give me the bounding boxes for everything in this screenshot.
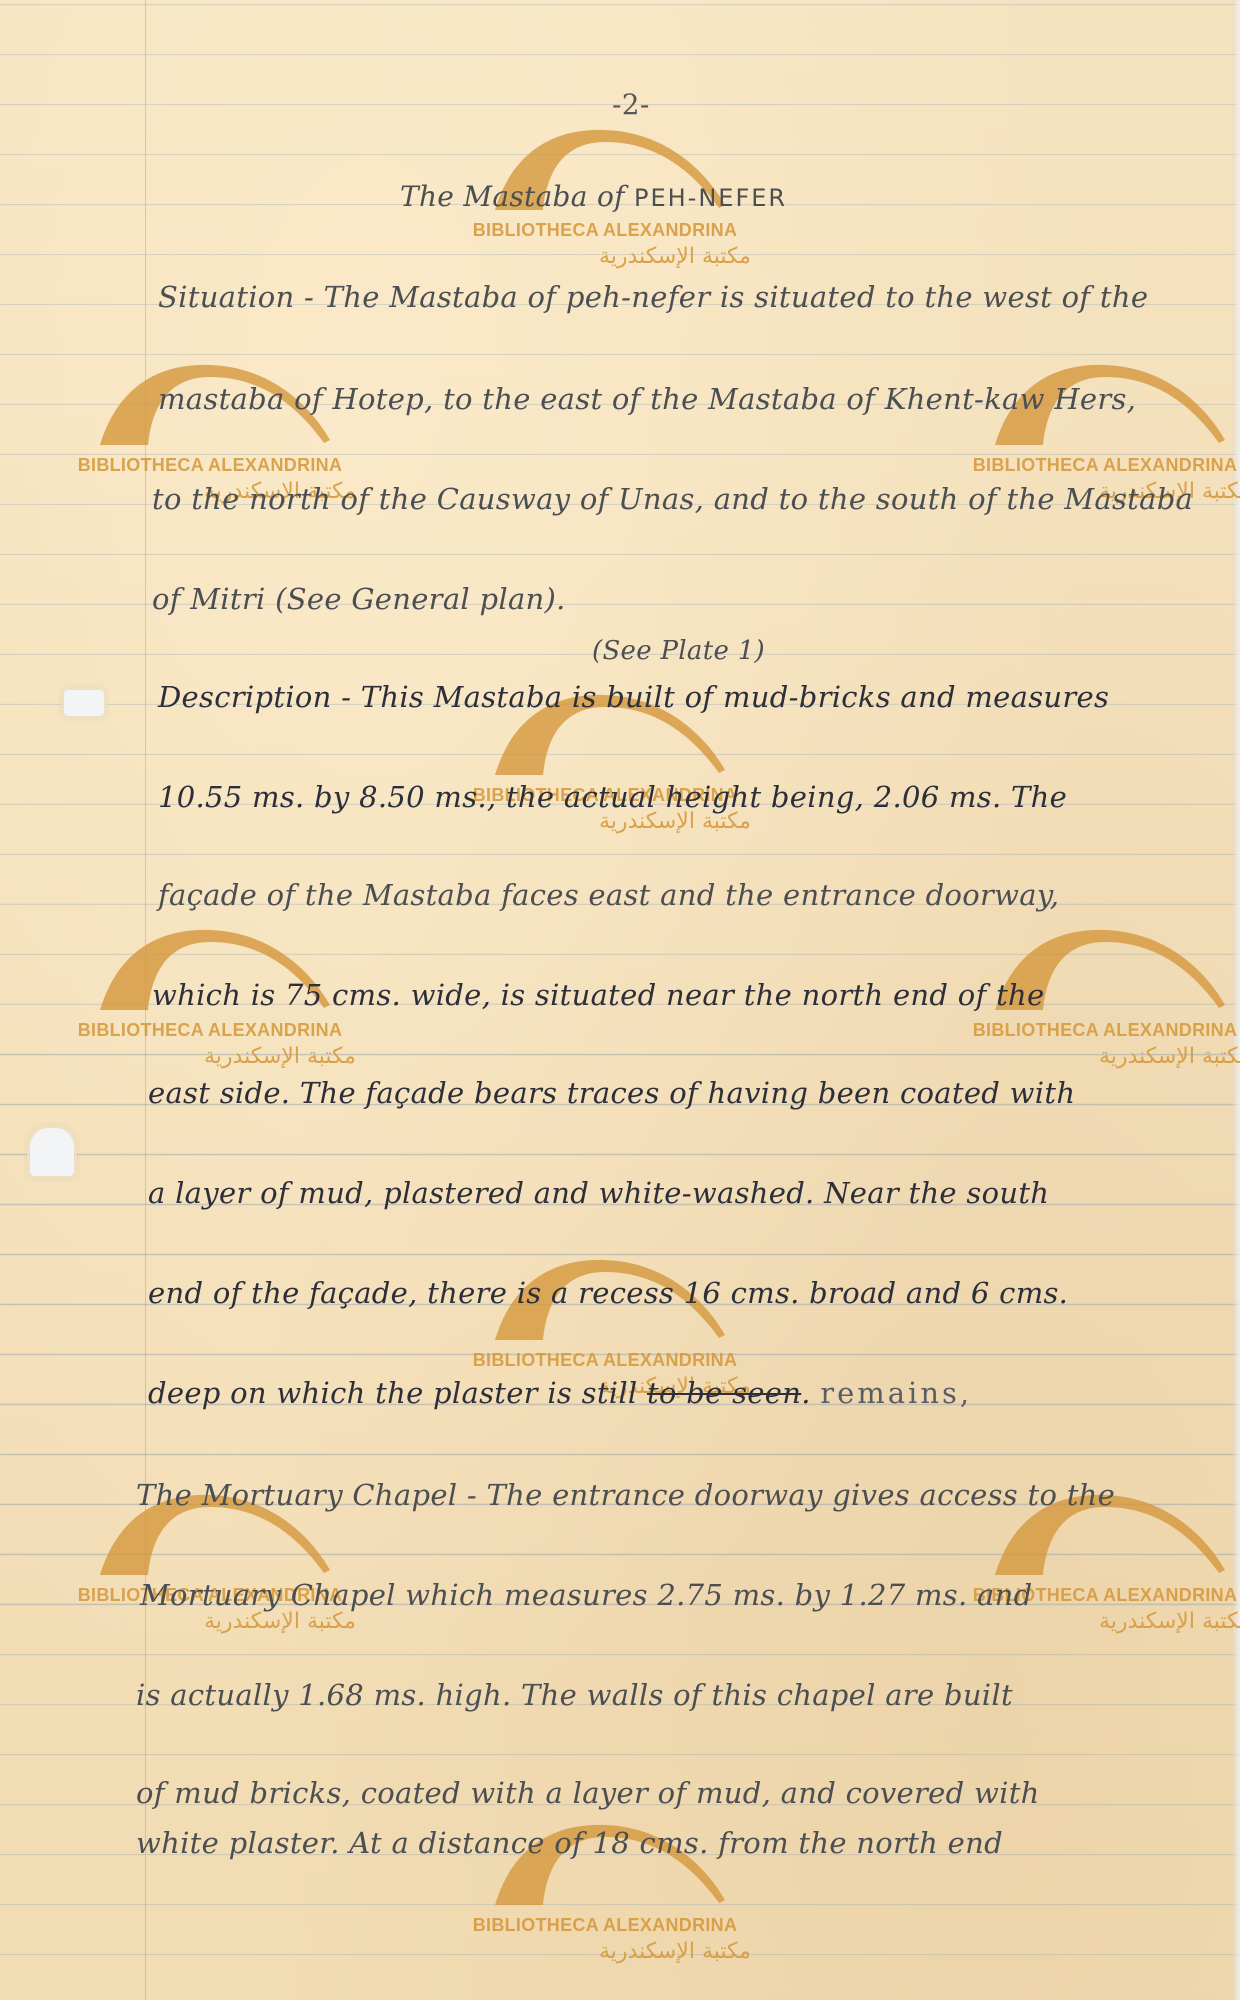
text-line: of Mitri (See General plan). [152,582,566,616]
text-line: end of the façade, there is a recess 16 … [148,1276,1068,1310]
page-number: -2- [612,88,650,121]
text-line: The Mortuary Chapel - The entrance doorw… [136,1478,1115,1512]
text-line: white plaster. At a distance of 18 cms. … [136,1826,1003,1860]
text-line: to the north of the Causway of Unas, and… [152,482,1193,516]
text-line: a layer of mud, plastered and white-wash… [148,1176,1049,1210]
text-line-corrected: deep on which the plaster is still to be… [148,1376,972,1410]
text-line: which is 75 cms. wide, is situated near … [152,978,1044,1012]
text-line: Description - This Mastaba is built of m… [158,680,1109,714]
text-line: 10.55 ms. by 8.50 ms., the actual height… [158,780,1067,814]
text-line: of mud bricks, coated with a layer of mu… [136,1776,1040,1810]
manuscript-page: BIBLIOTHECA ALEXANDRINAمكتبة الإسكندريةB… [0,0,1240,2000]
text-segment: deep on which the plaster is still [148,1376,647,1410]
text-line: Mortuary Chapel which measures 2.75 ms. … [140,1578,1032,1612]
text-line: east side. The façade bears traces of ha… [148,1076,1075,1110]
struck-text: to be seen [647,1376,801,1410]
text-line: Situation - The Mastaba of peh-nefer is … [158,280,1148,314]
document-title: The Mastaba of PEH-NEFER [400,180,787,213]
text-line: mastaba of Hotep, to the east of the Mas… [158,382,1136,416]
page-edge [1232,0,1240,2000]
text-segment: . [801,1376,820,1410]
text-line: façade of the Mastaba faces east and the… [158,878,1059,912]
inserted-correction: remains, [820,1376,972,1410]
plate-note: (See Plate 1) [592,636,765,666]
punch-hole [30,1128,74,1176]
title-name: PEH-NEFER [634,184,787,212]
title-script: The Mastaba of [400,180,625,213]
punch-hole [64,690,104,716]
text-line: is actually 1.68 ms. high. The walls of … [136,1678,1013,1712]
